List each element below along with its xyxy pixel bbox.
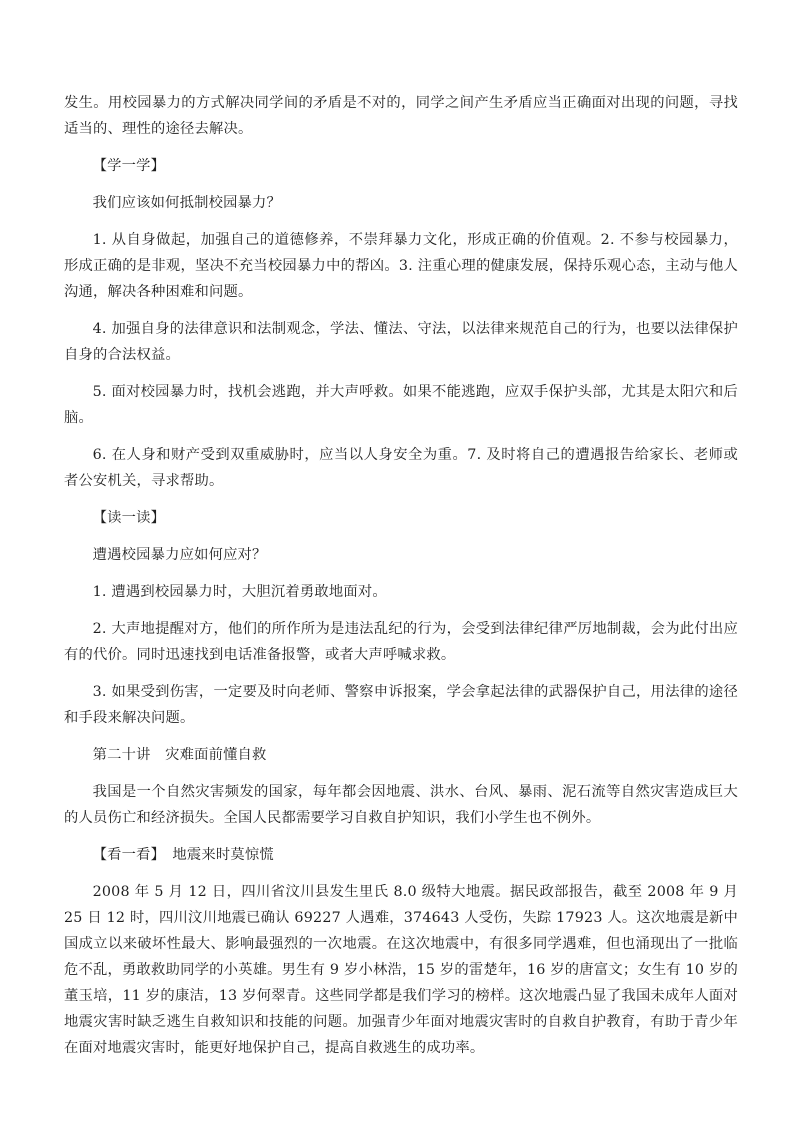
response-item-1: 1. 遭遇到校园暴力时，大胆沉着勇敢地面对。 <box>64 579 738 605</box>
earthquake-paragraph: 2008 年 5 月 12 日，四川省汶川县发生里氏 8.0 级特大地震。据民政… <box>64 879 738 1061</box>
document-page: 发生。用校园暴力的方式解决同学间的矛盾是不对的，同学之间产生矛盾应当正确面对出现… <box>0 0 800 1132</box>
section-heading-look: 【看一看】 地震来时莫惊慌 <box>64 842 738 868</box>
list-items-6-7: 6. 在人身和财产受到双重威胁时，应当以人身安全为重。7. 及时将自己的遭遇报告… <box>64 442 738 494</box>
question-resist-violence: 我们应该如何抵制校园暴力？ <box>64 190 738 216</box>
section-heading-read: 【读一读】 <box>64 505 738 531</box>
question-respond-violence: 遭遇校园暴力应如何应对？ <box>64 542 738 568</box>
chapter-intro: 我国是一个自然灾害频发的国家，每年都会因地震、洪水、台风、暴雨、泥石流等自然灾害… <box>64 779 738 831</box>
response-item-3: 3. 如果受到伤害，一定要及时向老师、警察申诉报案，学会拿起法律的武器保护自己，… <box>64 679 738 731</box>
list-item-5: 5. 面对校园暴力时，找机会逃跑，并大声呼救。如果不能逃跑，应双手保护头部，尤其… <box>64 379 738 431</box>
response-item-2: 2. 大声地提醒对方，他们的所作所为是违法乱纪的行为，会受到法律纪律严厉地制裁，… <box>64 616 738 668</box>
section-heading-learn: 【学一学】 <box>64 153 738 179</box>
paragraph-continuation: 发生。用校园暴力的方式解决同学间的矛盾是不对的，同学之间产生矛盾应当正确面对出现… <box>64 90 738 142</box>
list-items-1-3: 1. 从自身做起，加强自己的道德修养，不崇拜暴力文化，形成正确的价值观。2. 不… <box>64 227 738 305</box>
chapter-title: 第二十讲 灾难面前懂自救 <box>64 742 738 768</box>
list-item-4: 4. 加强自身的法律意识和法制观念，学法、懂法、守法，以法律来规范自己的行为，也… <box>64 316 738 368</box>
